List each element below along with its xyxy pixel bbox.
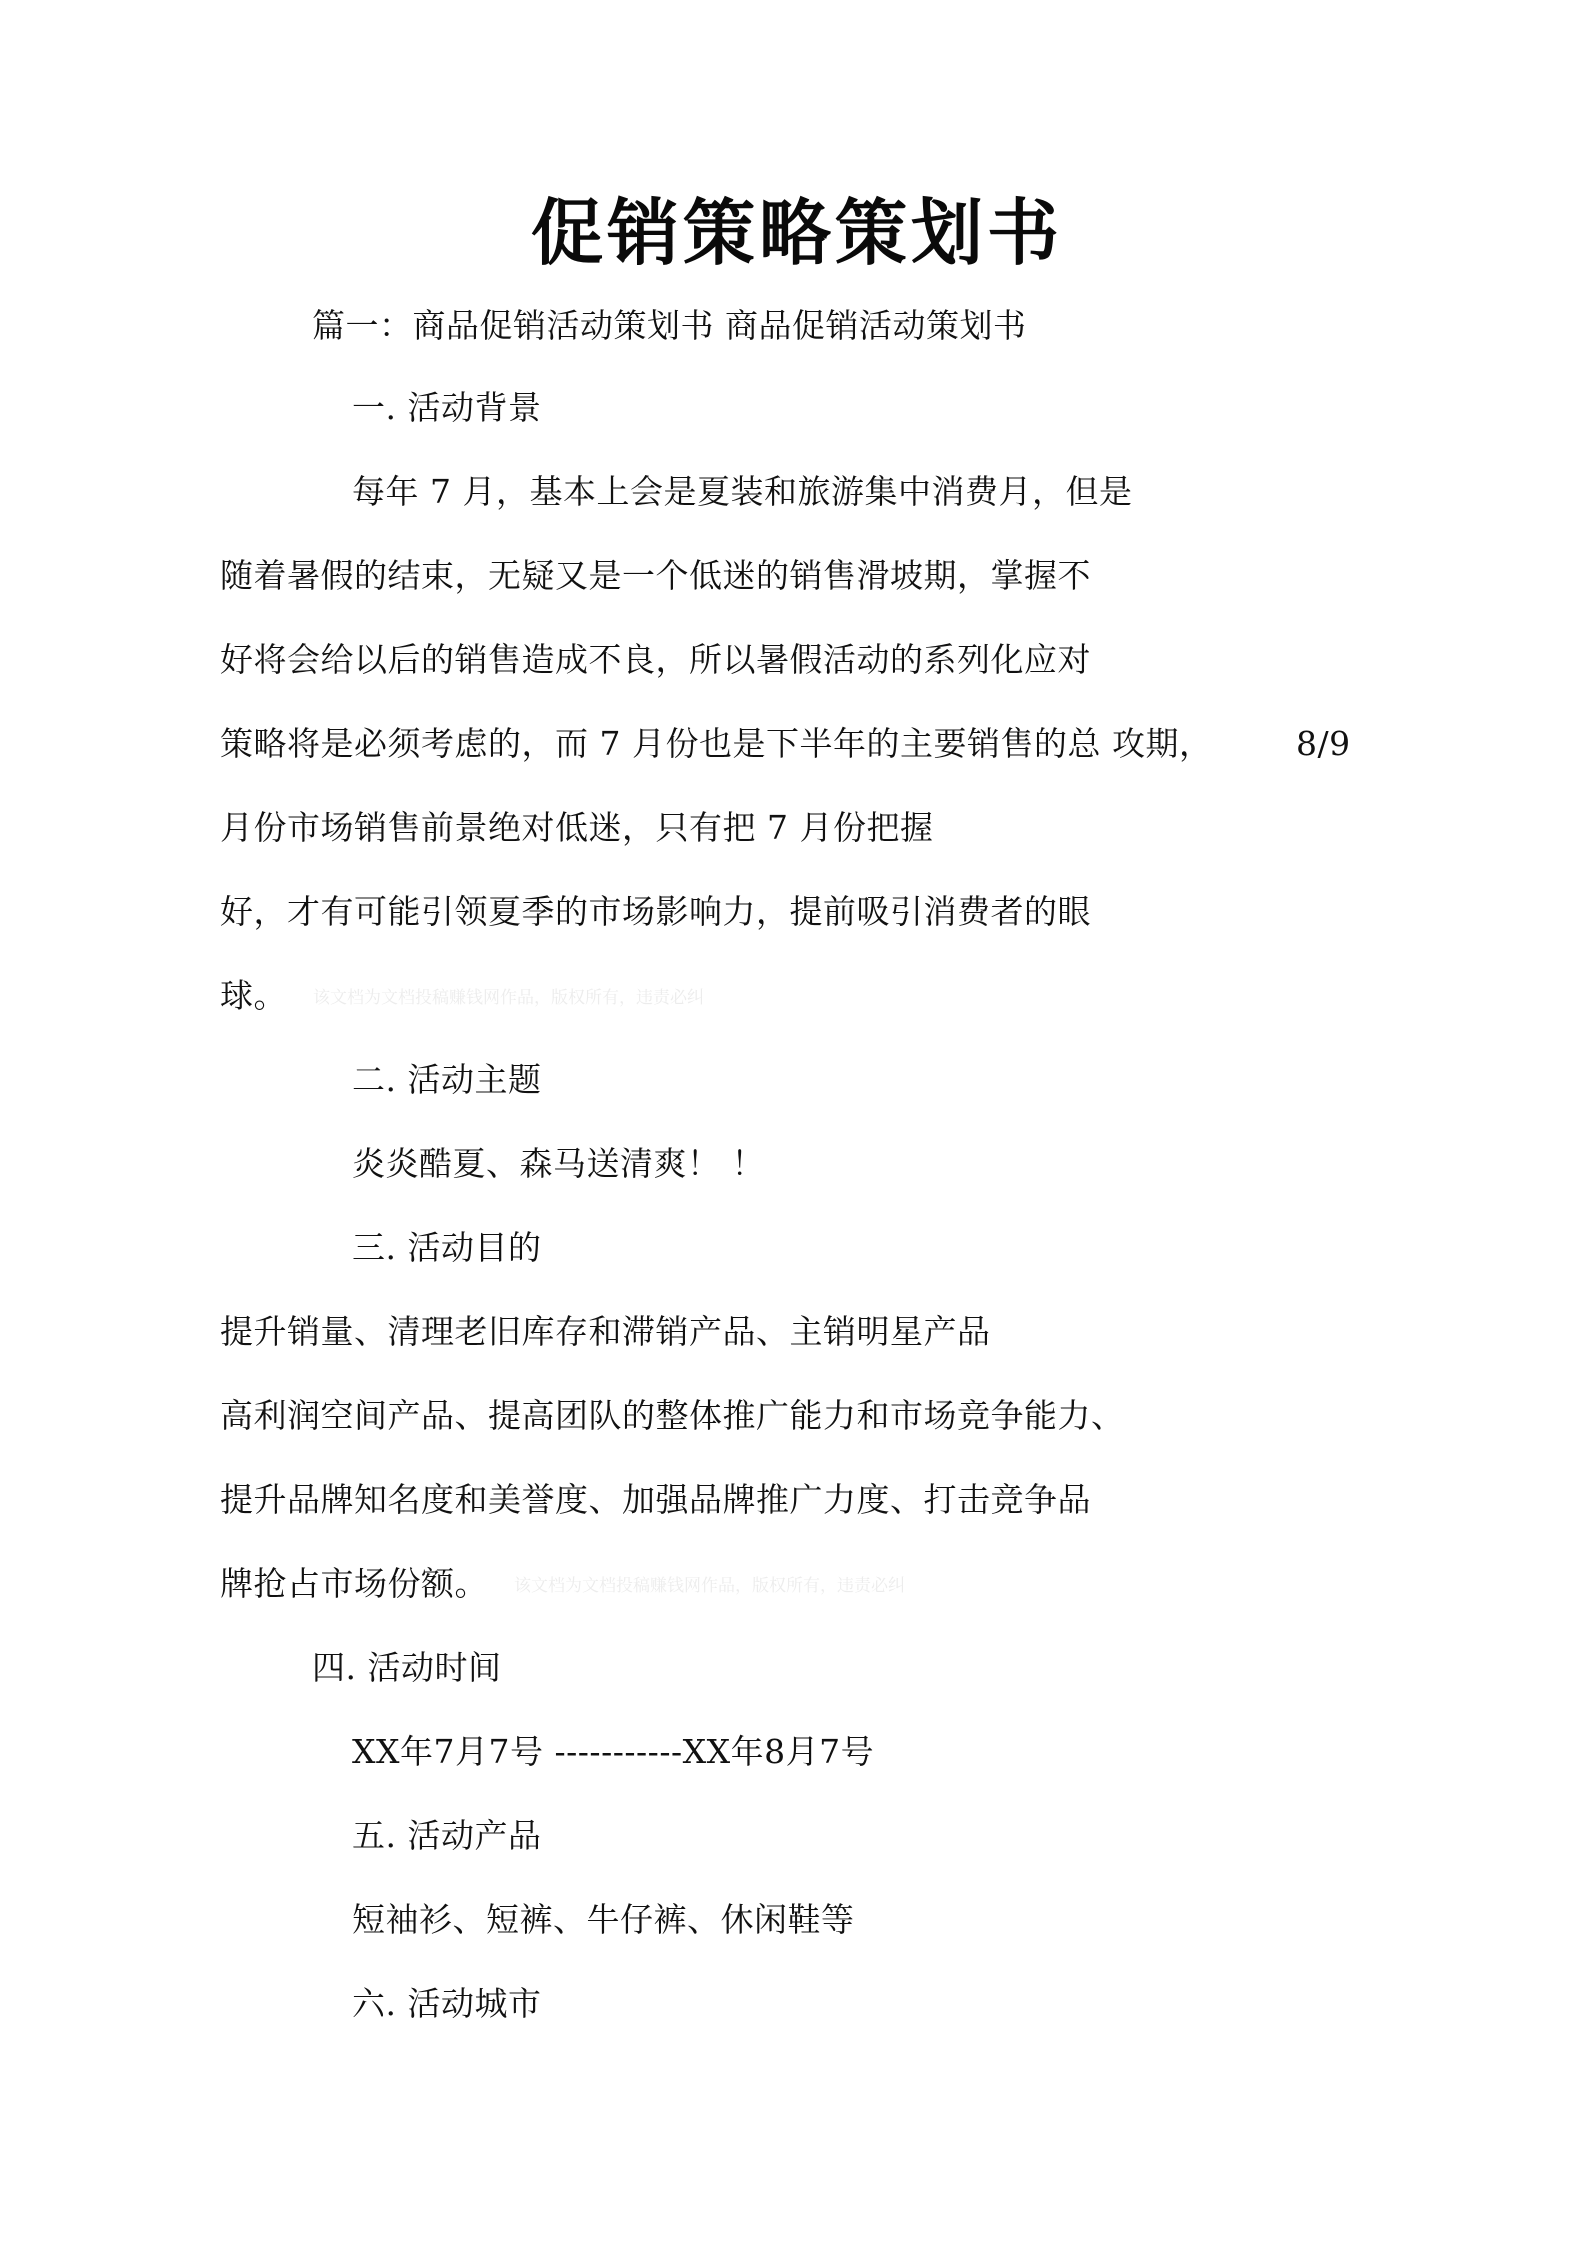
section-heading-purpose: 三. 活动目的 [352,1228,541,1268]
document-title: 促销策略策划书 [0,188,1594,278]
paragraph-line: 炎炎酷夏、森马送清爽！ ！ [352,1144,765,1184]
paragraph-line: 高利润空间产品、提高团队的整体推广能力和市场竞争能力、 [220,1396,1125,1436]
paragraph-line: 随着暑假的结束，无疑又是一个低迷的销售滑坡期，掌握不 [220,556,1091,596]
paragraph-line: 策略将是必须考虑的，而 7 月份也是下半年的主要销售的总 攻期， [220,724,1212,764]
section-heading-background: 一. 活动背景 [352,388,541,428]
paragraph-line: 提升销量、清理老旧库存和滞销产品、主销明星产品 [220,1312,991,1352]
section-heading-theme: 二. 活动主题 [352,1060,541,1100]
paragraph-line-fragment: 8/9 [1296,724,1351,764]
paragraph-line-with-watermark: 牌抢占市场份额。该文档为文档投稿赚钱网作品，版权所有，违责必纠 [220,1564,905,1606]
paragraph-line: 好，才有可能引领夏季的市场影响力，提前吸引消费者的眼 [220,892,1091,932]
section-heading-products: 五. 活动产品 [352,1816,541,1856]
section-heading-cities: 六. 活动城市 [352,1984,541,2024]
paragraph-line-text: 牌抢占市场份额。 [220,1564,488,1603]
paragraph-line: 好将会给以后的销售造成不良，所以暑假活动的系列化应对 [220,640,1091,680]
document-subtitle: 篇一：商品促销活动策划书 商品促销活动策划书 [312,306,1027,346]
paragraph-line: 每年 7 月，基本上会是夏装和旅游集中消费月，但是 [352,472,1132,512]
watermark-text: 该文档为文档投稿赚钱网作品，版权所有，违责必纠 [514,1576,905,1596]
watermark-text: 该文档为文档投稿赚钱网作品，版权所有，违责必纠 [313,988,704,1008]
paragraph-line: 提升品牌知名度和美誉度、加强品牌推广力度、打击竞争品 [220,1480,1091,1520]
paragraph-line-date-range: XX年7月7号 -----------XX年8月7号 [352,1732,874,1772]
paragraph-line: 短袖衫、短裤、牛仔裤、休闲鞋等 [352,1900,855,1940]
section-heading-time: 四. 活动时间 [312,1648,501,1688]
paragraph-line: 月份市场销售前景绝对低迷，只有把 7 月份把握 [220,808,933,848]
paragraph-line-text: 球。 [220,976,287,1015]
document-page: 促销策略策划书 篇一：商品促销活动策划书 商品促销活动策划书 一. 活动背景 每… [0,0,1594,2256]
paragraph-line-with-watermark: 球。该文档为文档投稿赚钱网作品，版权所有，违责必纠 [220,976,704,1018]
